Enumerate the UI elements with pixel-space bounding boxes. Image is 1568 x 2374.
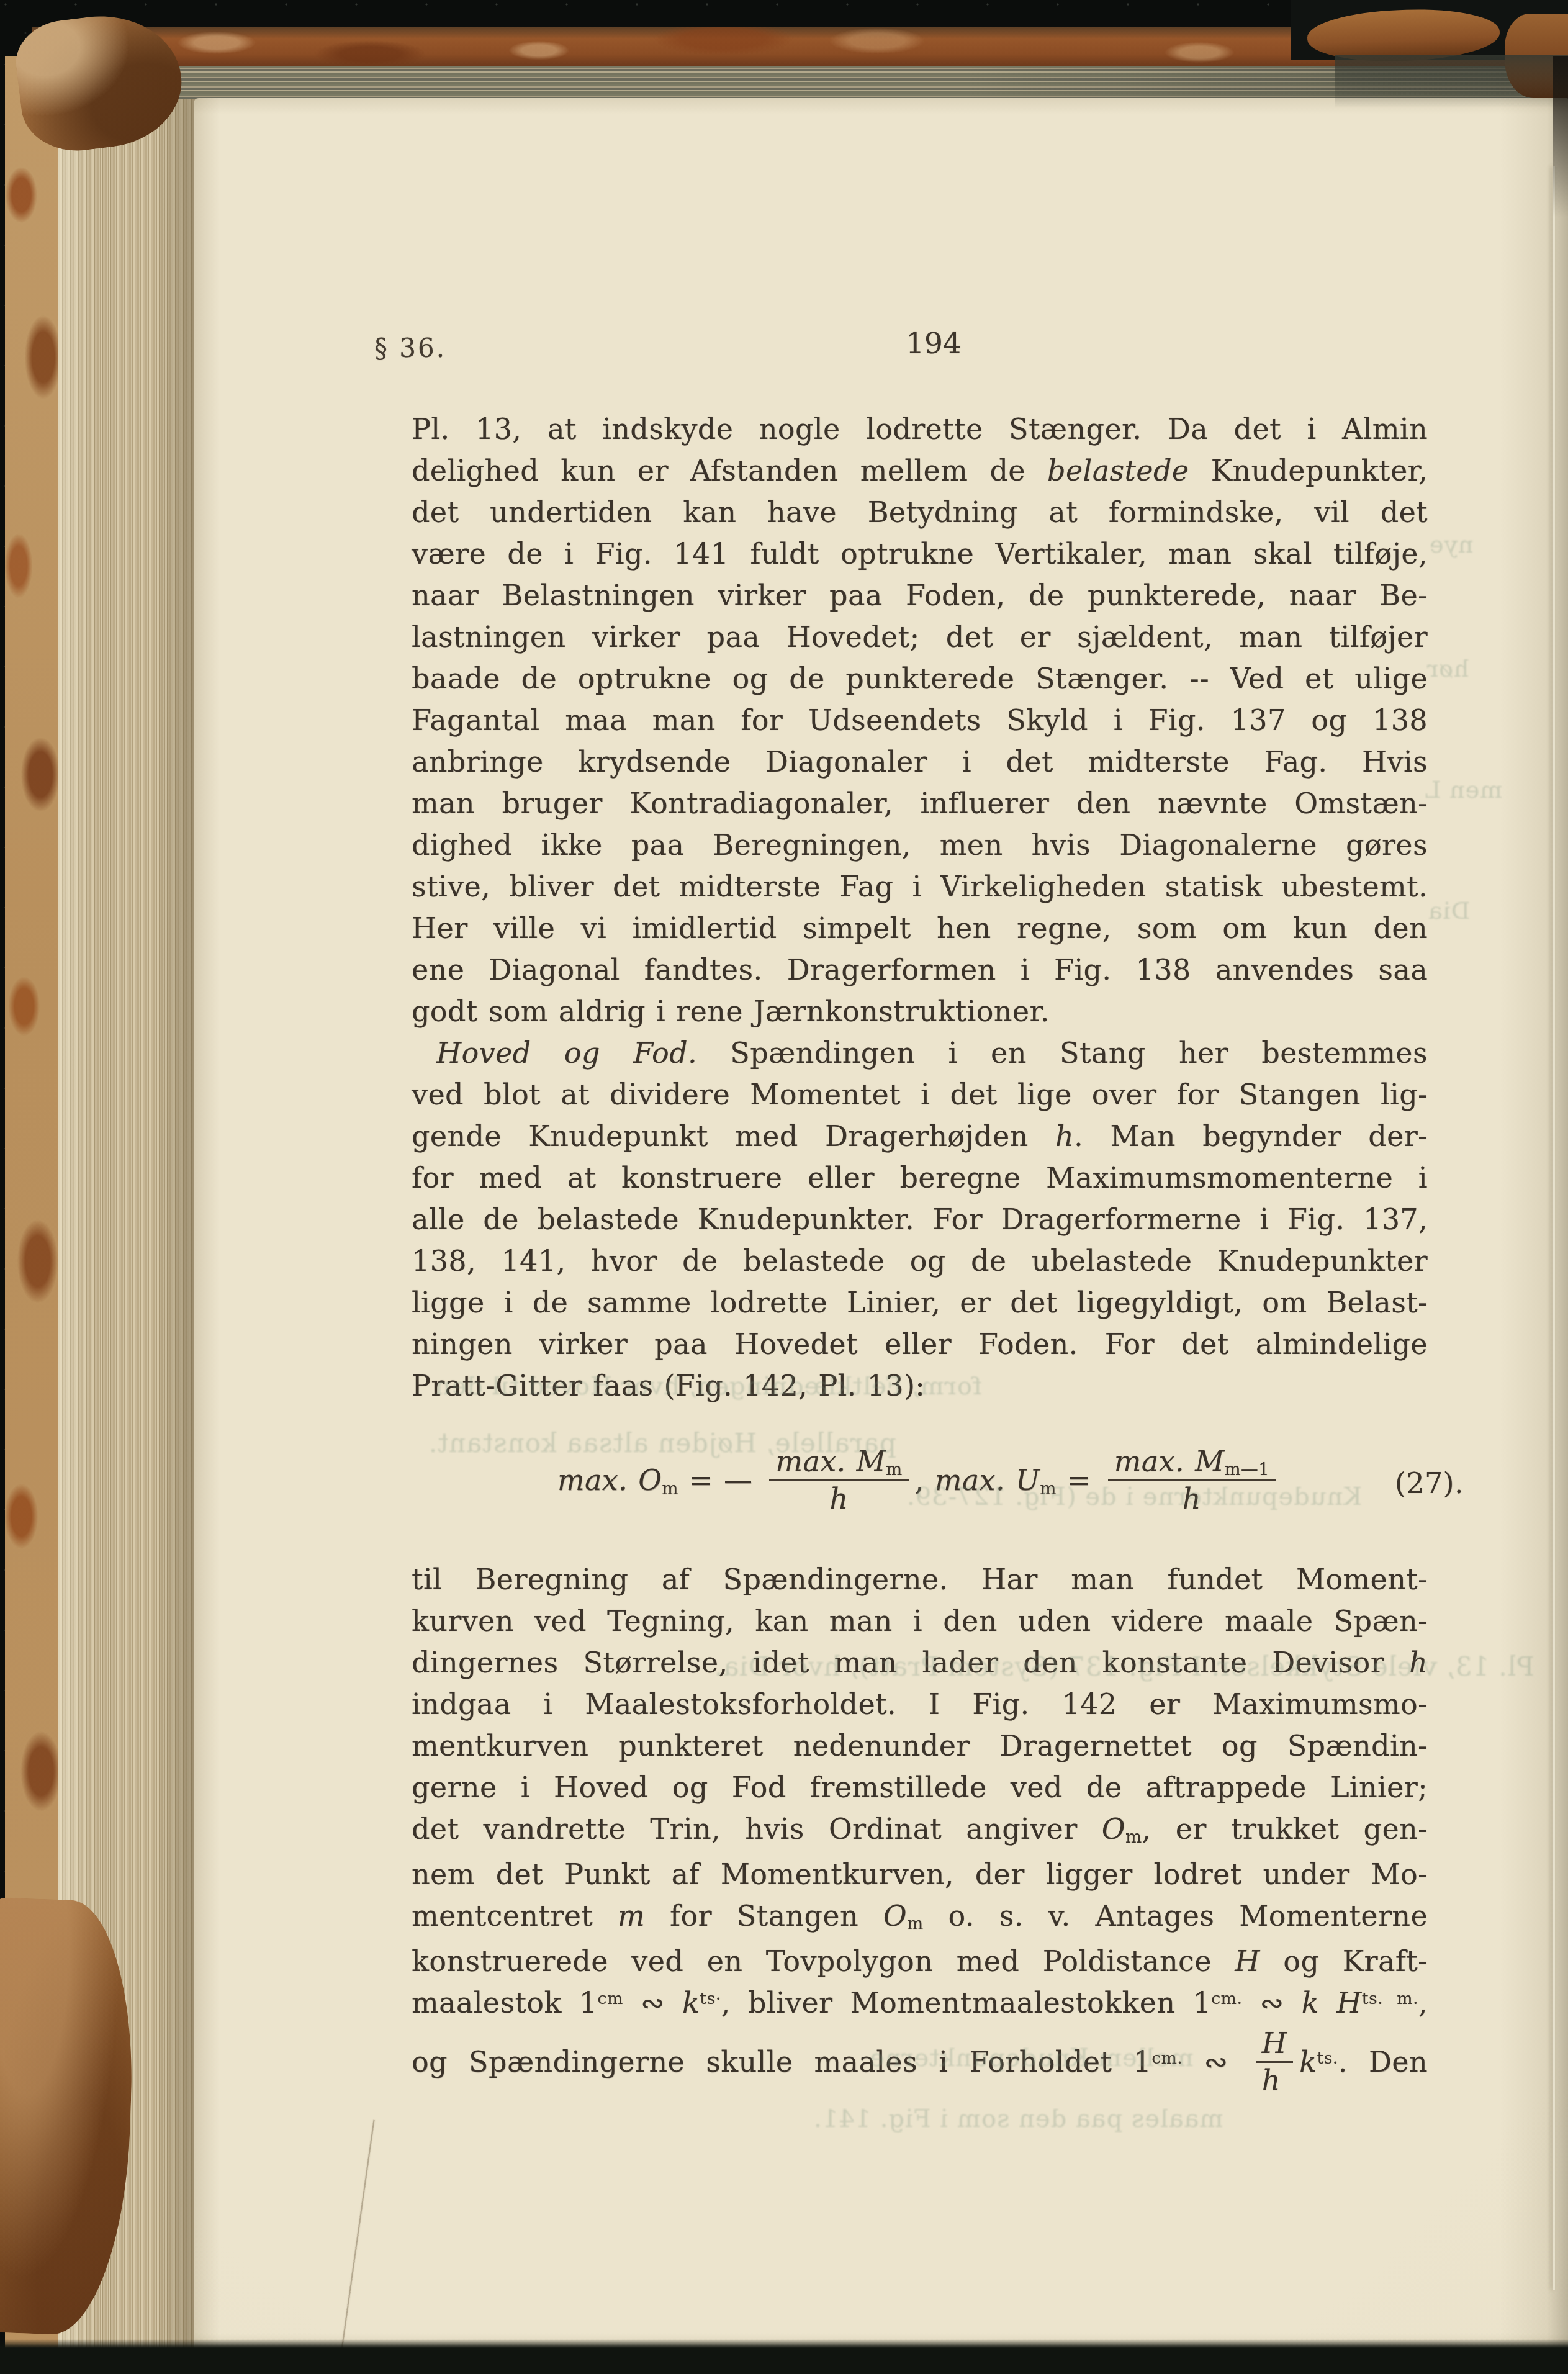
text-line: ningen virker paa Hovedet eller Foden. F… bbox=[412, 1324, 1428, 1365]
text-run: m bbox=[907, 1913, 924, 1934]
text-line: dighed ikke paa Beregningen, men hvis Di… bbox=[412, 824, 1428, 866]
text-run: . Den bbox=[1338, 2045, 1428, 2078]
text-run: belastede bbox=[1047, 454, 1189, 487]
text-run: mentcentret bbox=[412, 1899, 618, 1933]
text-line: naar Belastningen virker paa Foden, de p… bbox=[412, 575, 1428, 616]
bleed-through-text: Dia bbox=[1428, 897, 1470, 924]
text-line: gende Knudepunkt med Dragerhøjden h. Man… bbox=[412, 1116, 1428, 1157]
text-run: dighed ikke paa Beregningen, men hvis Di… bbox=[412, 828, 1428, 862]
text-line: ligge i de samme lodrette Linier, er det… bbox=[412, 1282, 1428, 1324]
text-line: 138, 141, hvor de belastede og de ubelas… bbox=[412, 1240, 1428, 1282]
text-run: ts· bbox=[700, 1989, 721, 2008]
text-line: alle de belastede Knudepunkter. For Drag… bbox=[412, 1199, 1428, 1240]
text-run: max. bbox=[1114, 1445, 1195, 1478]
text-run: ligge i de samme lodrette Linier, er det… bbox=[412, 1286, 1428, 1319]
text-run: k bbox=[682, 1986, 700, 2020]
text-run: for med at konstruere eller beregne Maxi… bbox=[412, 1161, 1428, 1194]
text-line: maalestok 1cm ∾ kts·, bliver Momentmaale… bbox=[412, 1982, 1428, 2028]
page-text: Pl. 13, at indskyde nogle lodrette Stæng… bbox=[412, 408, 1428, 2101]
text-line: godt som aldrig i rene Jærnkonstruktione… bbox=[412, 991, 1428, 1032]
text-line: indgaa i Maalestoksforholdet. I Fig. 142… bbox=[412, 1684, 1428, 1725]
text-run: h bbox=[1055, 1119, 1074, 1153]
book-page: § 36. 194 Pl. 13, at indskyde nogle lodr… bbox=[194, 98, 1568, 2358]
bleed-through-text: Pl. 13, viele Stykkelser. I Fig. 137 (Sy… bbox=[714, 1651, 1534, 1682]
text-run: det vandrette Trin, hvis Ordinat angiver bbox=[412, 1812, 1102, 1846]
text-run: baade de optrukne og de punkterede Stæng… bbox=[412, 662, 1428, 695]
text-run: . Man begynder der- bbox=[1074, 1119, 1428, 1153]
text-run: O bbox=[883, 1899, 907, 1933]
text-run: , bbox=[1418, 1986, 1428, 2020]
text-run: Hoved og Fod. bbox=[436, 1036, 697, 1070]
text-run: lastningen virker paa Hovedet; det er sj… bbox=[412, 620, 1428, 654]
text-run: O bbox=[1102, 1812, 1125, 1846]
text-run: alle de belastede Knudepunkter. For Drag… bbox=[412, 1203, 1428, 1236]
page-number: 194 bbox=[884, 327, 983, 361]
text-run: m—1 bbox=[1224, 1459, 1269, 1479]
text-run: h bbox=[830, 1482, 849, 1515]
equation-number: (27). bbox=[1395, 1462, 1464, 1504]
gutter-crease bbox=[1553, 166, 1555, 2290]
bleed-through-text: men L bbox=[1425, 776, 1502, 803]
inline-fraction: Hh bbox=[1256, 2026, 1294, 2098]
text-run: konstruerede ved en Tovpolygon med Poldi… bbox=[412, 1944, 1235, 1978]
text-run: ningen virker paa Hovedet eller Foden. F… bbox=[412, 1327, 1428, 1361]
text-run: godt som aldrig i rene Jærnkonstruktione… bbox=[412, 995, 1050, 1028]
text-run: , er trukket gen- bbox=[1142, 1812, 1428, 1846]
text-run: nem det Punkt af Momentkurven, der ligge… bbox=[412, 1857, 1428, 1891]
text-run: kurven ved Tegning, kan man i den uden v… bbox=[412, 1604, 1428, 1638]
scanned-book-photo: § 36. 194 Pl. 13, at indskyde nogle lodr… bbox=[0, 0, 1568, 2374]
text-line: nem det Punkt af Momentkurven, der ligge… bbox=[412, 1854, 1428, 1895]
text-line: man bruger Kontradiagonaler, influerer d… bbox=[412, 783, 1428, 824]
text-line: kurven ved Tegning, kan man i den uden v… bbox=[412, 1600, 1428, 1642]
paragraph: Hoved og Fod. Spændingen i en Stang her … bbox=[412, 1032, 1428, 1407]
bleed-through-text: maales paa den som i Fig. 141. bbox=[813, 2105, 1223, 2133]
text-run: for Stangen bbox=[645, 1899, 883, 1933]
text-run: , bliver Momentmaalestokken 1 bbox=[721, 1986, 1211, 2020]
paper-crease bbox=[340, 2120, 375, 2363]
text-run: 138, 141, hvor de belastede og de ubelas… bbox=[412, 1244, 1428, 1278]
section-heading: § 36. bbox=[374, 333, 446, 363]
text-line: mentcentret m for Stangen Om o. s. v. An… bbox=[412, 1895, 1428, 1941]
right-edge-shadow bbox=[1553, 56, 1568, 217]
text-line: ved blot at dividere Momentet i det lige… bbox=[412, 1074, 1428, 1116]
bleed-through-text: parallele, Højden altsaa konstant. bbox=[428, 1428, 896, 1458]
text-run: ene Diagonal fandtes. Dragerformen i Fig… bbox=[412, 953, 1428, 986]
text-run: ∾ bbox=[623, 1986, 682, 2020]
text-line: Fagantal maa man for Udseendets Skyld i … bbox=[412, 700, 1428, 741]
text-line: stive, bliver det midterste Fag i Virkel… bbox=[412, 866, 1428, 908]
text-run: ∾ bbox=[1242, 1986, 1301, 2020]
text-run: gende Knudepunkt med Dragerhøjden bbox=[412, 1119, 1055, 1153]
bleed-through-text: nye bbox=[1429, 531, 1473, 558]
text-line: gerne i Hoved og Fod fremstillede ved de… bbox=[412, 1767, 1428, 1808]
text-run: m bbox=[1125, 1826, 1142, 1847]
text-run: m bbox=[618, 1899, 645, 1933]
text-run: h bbox=[1262, 2064, 1281, 2097]
text-line: det undertiden kan have Betydning at for… bbox=[412, 492, 1428, 533]
text-run: være de i Fig. 141 fuldt optrukne Vertik… bbox=[412, 537, 1428, 571]
text-run: anbringe krydsende Diagonaler i det midt… bbox=[412, 745, 1428, 779]
bleed-through-text: mellem Knudepunkterne bbox=[869, 2044, 1194, 2072]
text-line: for med at konstruere eller beregne Maxi… bbox=[412, 1157, 1428, 1199]
text-run: ts. m. bbox=[1362, 1989, 1418, 2008]
text-run: = — bbox=[678, 1464, 763, 1497]
text-run: ved blot at dividere Momentet i det lige… bbox=[412, 1078, 1428, 1111]
background-bottom bbox=[0, 2339, 1568, 2374]
text-run: det undertiden kan have Betydning at for… bbox=[412, 495, 1428, 529]
text-line: baade de optrukne og de punkterede Stæng… bbox=[412, 658, 1428, 700]
text-line: til Beregning af Spændingerne. Har man f… bbox=[412, 1559, 1428, 1600]
text-run: man bruger Kontradiagonaler, influerer d… bbox=[412, 787, 1428, 820]
text-run: maalestok 1 bbox=[412, 1986, 598, 2020]
top-right-shadow bbox=[1335, 55, 1568, 108]
text-line: Her ville vi imidlertid simpelt hen regn… bbox=[412, 908, 1428, 949]
text-run: cm bbox=[598, 1989, 623, 2008]
text-run: m bbox=[886, 1459, 903, 1479]
text-run: mentkurven punkteret nedenunder Dragerne… bbox=[412, 1729, 1428, 1762]
bleed-through-text: form, Feltklædningen, hvor Hoved til den bbox=[435, 1372, 982, 1401]
text-run: til Beregning af Spændingerne. Har man f… bbox=[412, 1563, 1428, 1596]
text-line: det vandrette Trin, hvis Ordinat angiver… bbox=[412, 1808, 1428, 1854]
text-run: indgaa i Maalestoksforholdet. I Fig. 142… bbox=[412, 1687, 1428, 1721]
text-run: Knudepunkter, bbox=[1189, 454, 1428, 487]
text-line: lastningen virker paa Hovedet; det er sj… bbox=[412, 616, 1428, 658]
text-run: naar Belastningen virker paa Foden, de p… bbox=[412, 579, 1428, 612]
text-run: cm. bbox=[1211, 1989, 1242, 2008]
text-line: mentkurven punkteret nedenunder Dragerne… bbox=[412, 1725, 1428, 1767]
text-line: delighed kun er Afstanden mellem de bela… bbox=[412, 450, 1428, 492]
text-run: ts. bbox=[1317, 2049, 1338, 2068]
text-run: k bbox=[1299, 2045, 1317, 2078]
text-run: max. bbox=[557, 1464, 638, 1497]
bleed-through-text: hør bbox=[1426, 655, 1469, 682]
text-run: og Kraft- bbox=[1260, 1944, 1428, 1978]
text-run: Her ville vi imidlertid simpelt hen regn… bbox=[412, 911, 1428, 945]
text-line: Pl. 13, at indskyde nogle lodrette Stæng… bbox=[412, 408, 1428, 450]
text-run: H bbox=[1235, 1944, 1260, 1978]
text-run: delighed kun er Afstanden mellem de bbox=[412, 454, 1047, 487]
text-run: o. s. v. Antages Momenterne bbox=[924, 1899, 1428, 1933]
text-run: gerne i Hoved og Fod fremstillede ved de… bbox=[412, 1771, 1428, 1804]
text-run: Spændingen i en Stang her bestemmes bbox=[697, 1036, 1428, 1070]
text-run: k H bbox=[1302, 1986, 1362, 2020]
text-line: være de i Fig. 141 fuldt optrukne Vertik… bbox=[412, 533, 1428, 575]
text-run: H bbox=[1262, 2026, 1287, 2060]
text-run: M bbox=[1195, 1445, 1225, 1478]
text-run: stive, bliver det midterste Fag i Virkel… bbox=[412, 870, 1428, 903]
text-run: Pl. 13, at indskyde nogle lodrette Stæng… bbox=[412, 412, 1428, 446]
text-run: Fagantal maa man for Udseendets Skyld i … bbox=[412, 703, 1428, 737]
paragraph: Pl. 13, at indskyde nogle lodrette Stæng… bbox=[412, 408, 1428, 1032]
text-line: Hoved og Fod. Spændingen i en Stang her … bbox=[412, 1032, 1428, 1074]
text-line: konstruerede ved en Tovpolygon med Poldi… bbox=[412, 1941, 1428, 1982]
bleed-through-text: Knudepunkterne i de (Fig. 127-39. bbox=[906, 1483, 1362, 1511]
text-line: ene Diagonal fandtes. Dragerformen i Fig… bbox=[412, 949, 1428, 991]
text-run: m bbox=[662, 1478, 678, 1499]
paragraph: til Beregning af Spændingerne. Har man f… bbox=[412, 1559, 1428, 2101]
text-run: O bbox=[638, 1464, 662, 1497]
text-line: anbringe krydsende Diagonaler i det midt… bbox=[412, 741, 1428, 783]
